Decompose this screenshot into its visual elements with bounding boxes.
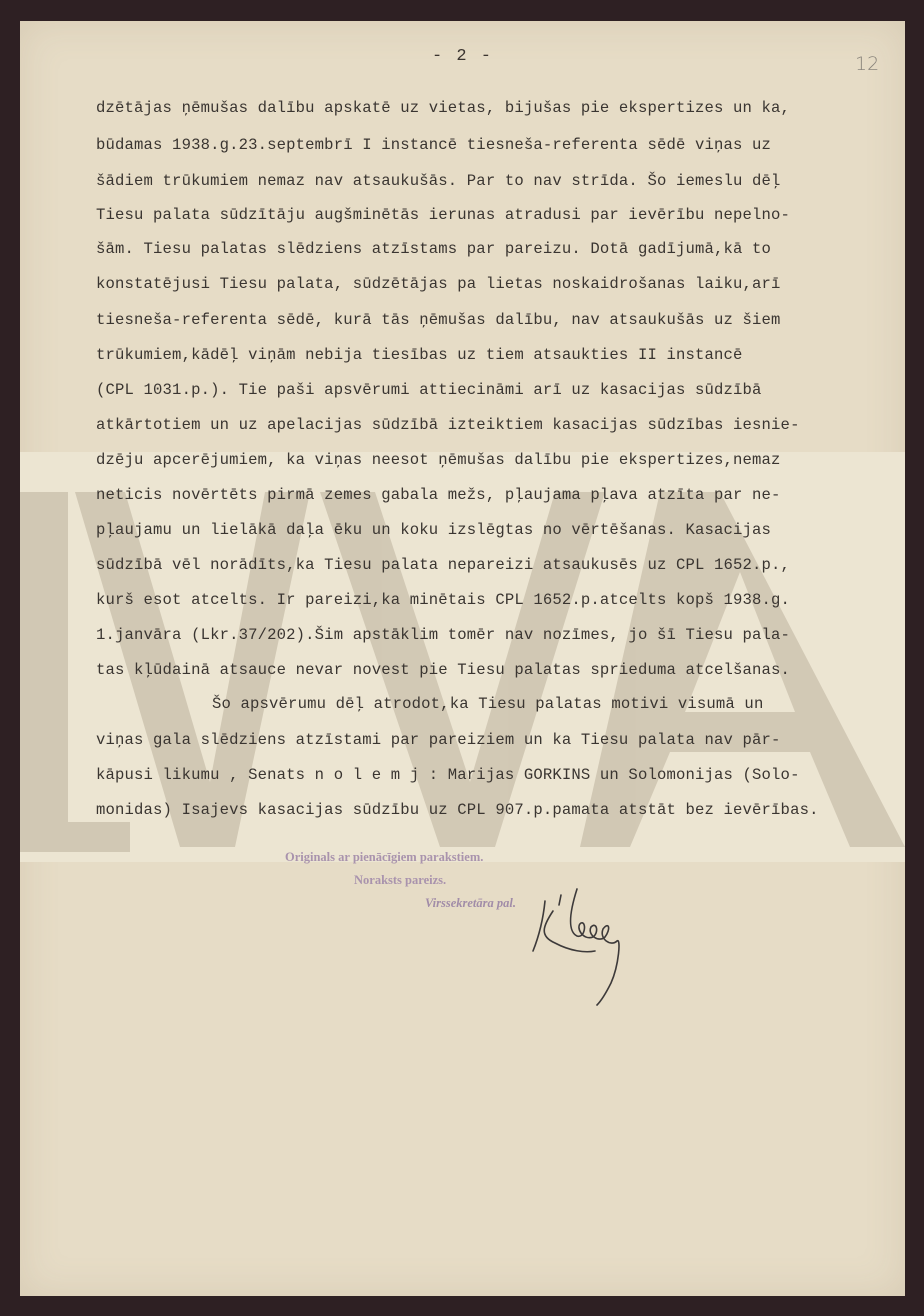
body-line: (CPL 1031.p.). Tie paši apsvērumi attiec… [96, 380, 886, 400]
body-line: tas kļūdainā atsauce nevar novest pie Ti… [96, 660, 886, 680]
document-page: - 2 - 12 dzētājas ņēmušas dalību apskatē… [20, 21, 905, 1296]
body-line: pļaujamu un lielākā daļa ēku un koku izs… [96, 520, 886, 540]
body-line: šādiem trūkumiem nemaz nav atsaukušās. P… [96, 171, 886, 191]
body-line: kāpusi likumu , Senats n o l e m j : Mar… [96, 765, 886, 785]
body-line: sūdzībā vēl norādīts,ka Tiesu palata nep… [96, 555, 886, 575]
stamp-line-original: Originals ar pienācīgiem parakstiem. [285, 850, 483, 865]
signature-icon [525, 881, 675, 1011]
body-line: monidas) Isajevs kasacijas sūdzību uz CP… [96, 800, 886, 820]
body-line: konstatējusi Tiesu palata, sūdzētājas pa… [96, 274, 886, 294]
folio-annotation: 12 [855, 53, 879, 75]
body-line: dzēju apcerējumiem, ka viņas neesot ņēmu… [96, 450, 886, 470]
body-line: būdamas 1938.g.23.septembrī I instancē t… [96, 135, 886, 155]
body-line: trūkumiem,kādēļ viņām nebija tiesības uz… [96, 345, 886, 365]
body-line: Tiesu palata sūdzītāju augšminētās ierun… [96, 205, 886, 225]
body-line: tiesneša-referenta sēdē, kurā tās ņēmuša… [96, 310, 886, 330]
body-line: neticis novērtēts pirmā zemes gabala mež… [96, 485, 886, 505]
page-number: - 2 - [20, 47, 905, 66]
body-line: šām. Tiesu palatas slēdziens atzīstams p… [96, 239, 886, 259]
body-line: 1.janvāra (Lkr.37/202).Šim apstāklim tom… [96, 625, 886, 645]
body-line: dzētājas ņēmušas dalību apskatē uz vieta… [96, 98, 886, 118]
body-line: atkārtotiem un uz apelacijas sūdzībā izt… [96, 415, 886, 435]
stamp-line-copy-correct: Noraksts pareizs. [354, 873, 446, 888]
body-line: viņas gala slēdziens atzīstami par parei… [96, 730, 886, 750]
body-line-indented: Šo apsvērumu dēļ atrodot,ka Tiesu palata… [212, 694, 924, 714]
body-line: kurš esot atcelts. Ir pareizi,ka minētai… [96, 590, 886, 610]
stamp-line-secretary: Virssekretāra pal. [425, 896, 516, 911]
